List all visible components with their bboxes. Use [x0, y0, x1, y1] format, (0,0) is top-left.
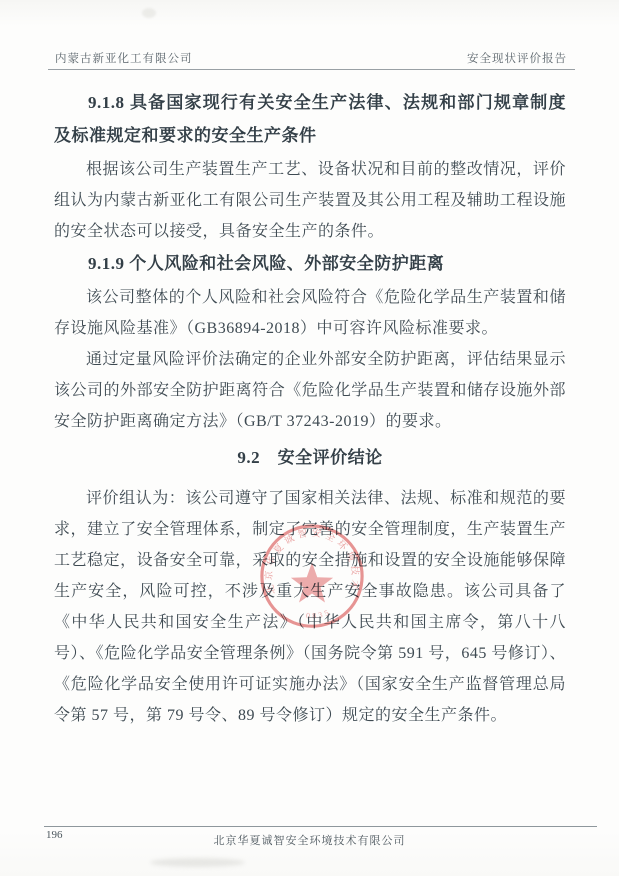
section-9-1-8-heading: 9.1.8 具备国家现行有关安全生产法律、法规和部门规章制度及标准规定和要求的安… [54, 86, 566, 152]
scan-smudge-top [142, 8, 156, 18]
footer-rule [44, 826, 597, 827]
header-rule [48, 69, 575, 70]
footer-company: 北京华夏诚智安全环境技术有限公司 [0, 832, 619, 848]
section-9-2-paragraph: 评价组认为：该公司遵守了国家相关法律、法规、标准和规范的要求，建立了安全管理体系… [54, 483, 566, 731]
section-9-2-heading: 9.2 安全评价结论 [54, 441, 566, 474]
section-9-1-9-paragraph-1: 该公司整体的个人风险和社会风险符合《危险化学品生产装置和储存设施风险基准》（GB… [54, 282, 566, 344]
scan-smudge-bottom [150, 858, 245, 867]
header-report-title: 安全现状评价报告 [467, 50, 567, 66]
section-9-1-9-heading: 9.1.9 个人风险和社会风险、外部安全防护距离 [54, 247, 566, 280]
section-9-1-9-paragraph-2: 通过定量风险评价法确定的企业外部安全防护距离，评估结果显示该公司的外部安全防护距… [54, 344, 566, 437]
report-page: 内蒙古新亚化工有限公司 安全现状评价报告 9.1.8 具备国家现行有关安全生产法… [0, 0, 619, 876]
section-9-1-8-paragraph: 根据该公司生产装置生产工艺、设备状况和目前的整改情况，评价组认为内蒙古新亚化工有… [54, 154, 566, 247]
header-company: 内蒙古新亚化工有限公司 [55, 50, 193, 66]
report-body: 9.1.8 具备国家现行有关安全生产法律、法规和部门规章制度及标准规定和要求的安… [54, 86, 566, 731]
page-header: 内蒙古新亚化工有限公司 安全现状评价报告 [55, 50, 567, 66]
